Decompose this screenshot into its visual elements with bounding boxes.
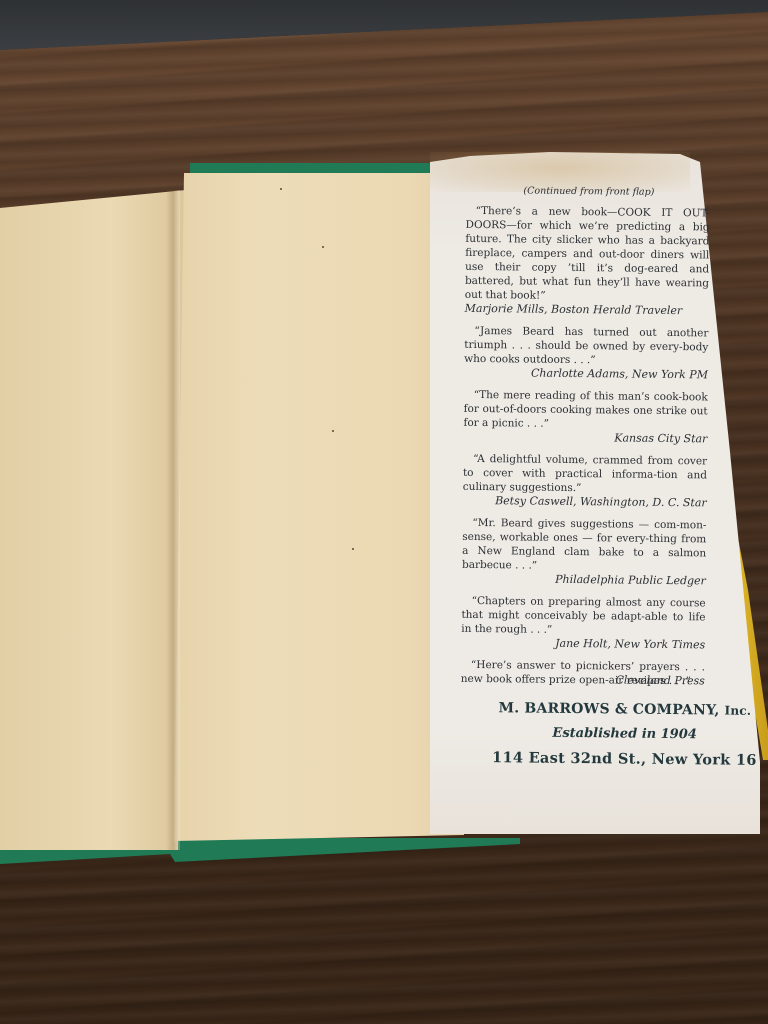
- publisher-name-text: M. BARROWS & COMPANY,: [499, 700, 720, 718]
- review: “Mr. Beard gives suggestions — com-mon-s…: [474, 516, 707, 588]
- book-gutter: [166, 190, 180, 850]
- review-attribution: Charlotte Adams, New York PM: [476, 366, 708, 382]
- paper-speck: [352, 548, 354, 550]
- review-quote: “James Beard has turned out another triu…: [464, 324, 708, 369]
- review: “The mere reading of this man’s cook-boo…: [475, 388, 708, 446]
- review-quote: “Mr. Beard gives suggestions — com-mon-s…: [462, 516, 707, 575]
- publisher-established: Established in 1904: [480, 725, 768, 743]
- review: “There’s a new book—COOK IT OUT-DOORS—fo…: [477, 204, 710, 318]
- publisher-address: 114 East 32nd St., New York 16: [479, 749, 768, 769]
- review-attribution: Jane Holt, New York Times: [473, 636, 705, 652]
- publisher-name: M. BARROWS & COMPANY, Inc.: [480, 700, 768, 719]
- review-quote: “Chapters on preparing almost any course…: [461, 594, 705, 639]
- review-attribution: Kansas City Star: [475, 430, 707, 446]
- paper-speck: [322, 246, 324, 248]
- flap-reviews: (Continued from front flap) “There’s a n…: [473, 184, 710, 696]
- review-attribution: Betsy Caswell, Washington, D. C. Star: [475, 494, 707, 510]
- publisher-suffix: Inc.: [725, 704, 752, 718]
- review-attribution: Philadelphia Public Ledger: [474, 572, 706, 588]
- paper-speck: [280, 188, 282, 190]
- review-quote: “There’s a new book—COOK IT OUT-DOORS—fo…: [465, 204, 710, 305]
- review-attribution: Marjorie Mills, Boston Herald Traveler: [465, 302, 709, 319]
- left-endpaper-page: [0, 190, 186, 850]
- review: “A delightful volume, crammed from cover…: [475, 452, 708, 510]
- review: “Chapters on preparing almost any course…: [473, 594, 706, 652]
- review: “Here’s answer to picnickers’ prayers . …: [473, 658, 705, 688]
- continued-note: (Continued from front flap): [468, 184, 710, 201]
- review-quote: “A delightful volume, crammed from cover…: [463, 452, 707, 497]
- publisher-block: M. BARROWS & COMPANY, Inc. Established i…: [479, 700, 768, 769]
- right-endpaper-page: [174, 173, 464, 841]
- review-quote: “The mere reading of this man’s cook-boo…: [463, 388, 707, 433]
- paper-speck: [332, 430, 334, 432]
- review: “James Beard has turned out another triu…: [476, 324, 709, 382]
